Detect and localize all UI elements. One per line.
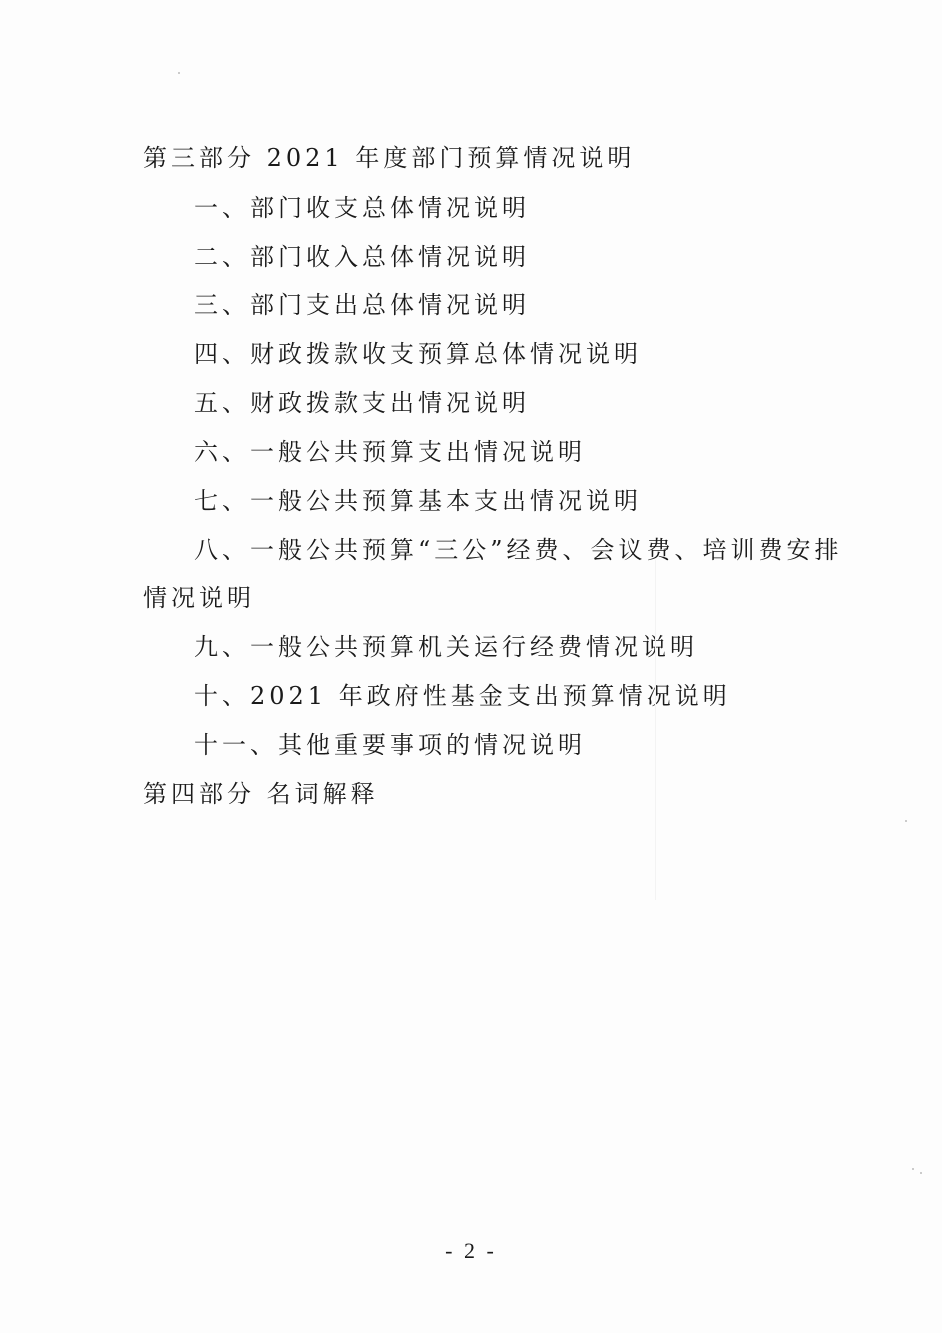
scan-speck <box>912 1168 914 1170</box>
toc-item-4: 四、财政拨款收支预算总体情况说明 <box>194 339 642 369</box>
toc-item-11: 十一、其他重要事项的情况说明 <box>194 730 586 760</box>
toc-item-8-continuation: 情况说明 <box>143 583 255 613</box>
toc-item-3: 三、部门支出总体情况说明 <box>194 290 530 320</box>
toc-item-2: 二、部门收入总体情况说明 <box>194 242 530 272</box>
document-page: 第三部分 2021 年度部门预算情况说明 一、部门收支总体情况说明 二、部门收入… <box>0 0 942 1333</box>
toc-item-6: 六、一般公共预算支出情况说明 <box>194 437 586 467</box>
toc-item-7: 七、一般公共预算基本支出情况说明 <box>194 486 642 516</box>
scan-speck <box>905 820 907 822</box>
scan-speck <box>920 1172 922 1174</box>
page-number: - 2 - <box>0 1238 942 1264</box>
toc-item-1: 一、部门收支总体情况说明 <box>194 193 530 223</box>
scan-fold-mark <box>655 560 656 900</box>
part4-heading: 第四部分 名词解释 <box>143 779 379 809</box>
part3-heading: 第三部分 2021 年度部门预算情况说明 <box>143 143 635 173</box>
toc-item-10: 十、2021 年政府性基金支出预算情况说明 <box>194 681 731 711</box>
toc-item-8: 八、一般公共预算“三公”经费、会议费、培训费安排 <box>194 535 843 565</box>
toc-item-9: 九、一般公共预算机关运行经费情况说明 <box>194 632 698 662</box>
scan-speck <box>178 72 180 74</box>
toc-item-5: 五、财政拨款支出情况说明 <box>194 388 530 418</box>
